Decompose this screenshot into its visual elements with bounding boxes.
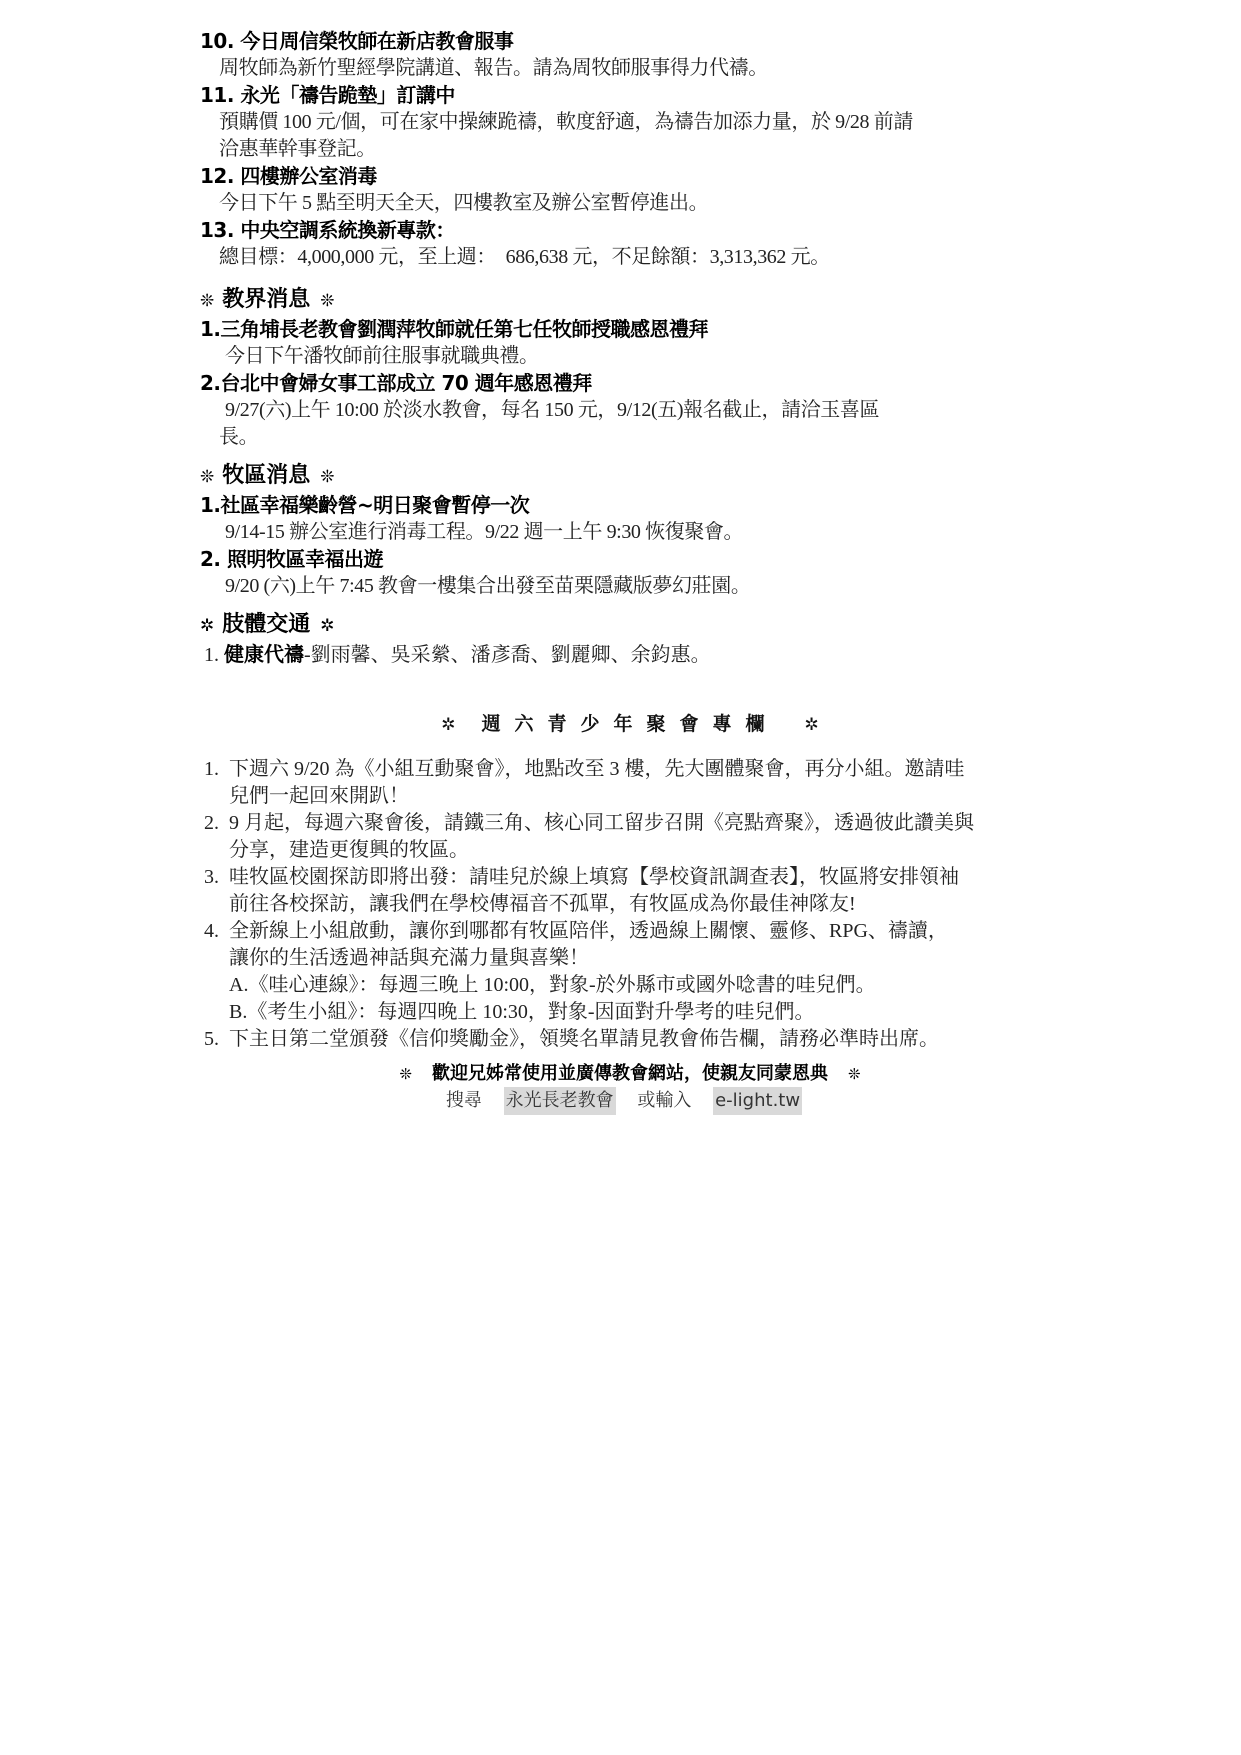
flower-star-icon: ❊ bbox=[848, 1065, 861, 1083]
flower-star-icon: ❊ bbox=[399, 1065, 412, 1083]
flower-star-icon: ❊ bbox=[320, 467, 334, 487]
health-prayer-item: 1. 健康代禱-劉雨馨、吳采縈、潘彥喬、劉麗卿、余鈞惠。 bbox=[200, 641, 1060, 669]
item-line: 下主日第二堂頒發《信仰獎勵金》，領獎名單請見教會佈告欄，請務必準時出席。 bbox=[229, 1026, 1060, 1053]
church-news-item-1: 1.三角埔長老教會劉潤萍牧師就任第七任牧師授職感恩禮拜 今日下午潘牧師前往服事就… bbox=[200, 316, 1060, 370]
sub-item-a: A.《哇心連線》：每週三晚上 10:00，對象-於外縣市或國外唸書的哇兒們。 bbox=[229, 972, 1060, 999]
announcement-11: 11. 永光「禱告跪墊」訂講中 預購價 100 元/個，可在家中操練跪禱，軟度舒… bbox=[200, 82, 1060, 163]
sub-item-b: B.《考生小組》：每週四晚上 10:30，對象-因面對升學考的哇兒們。 bbox=[229, 999, 1060, 1026]
announcement-title: 12. 四樓辦公室消毒 bbox=[200, 163, 1060, 190]
youth-item-3: 3. 哇牧區校園探訪即將出發：請哇兒於線上填寫【學校資訊調查表】，牧區將安排領袖… bbox=[200, 864, 1060, 918]
search-label: 搜尋 bbox=[444, 1087, 484, 1115]
youth-item-4: 4. 全新線上小組啟動，讓你到哪都有牧區陪伴，透過線上關懷、靈修、RPG、禱讀，… bbox=[200, 918, 1060, 1026]
news-title: 1.三角埔長老教會劉潤萍牧師就任第七任牧師授職感恩禮拜 bbox=[200, 316, 1060, 343]
bulletin-page: 10. 今日周信榮牧師在新店教會服事 周牧師為新竹聖經學院講道、報告。請為周牧師… bbox=[200, 28, 1060, 1115]
flower-star-icon: ❊ bbox=[320, 291, 334, 311]
youth-item-2: 2. 9 月起，每週六聚會後，請鐵三角、核心同工留步召開《亮點齊聚》，透過彼此讚… bbox=[200, 810, 1060, 864]
flower-star-icon: ❊ bbox=[200, 291, 214, 311]
item-line: 哇牧區校園探訪即將出發：請哇兒於線上填寫【學校資訊調查表】，牧區將安排領袖 bbox=[229, 864, 1060, 891]
announcement-12: 12. 四樓辦公室消毒 今日下午 5 點至明天全天，四樓教室及辦公室暫停進出。 bbox=[200, 163, 1060, 217]
item-line: 分享，建造更復興的牧區。 bbox=[229, 837, 1060, 864]
item-number: 2. bbox=[200, 810, 229, 864]
youth-item-5: 5. 下主日第二堂頒發《信仰獎勵金》，領獎名單請見教會佈告欄，請務必準時出席。 bbox=[200, 1026, 1060, 1053]
youth-column-heading: ✲週六青少年聚會專欄✲ bbox=[200, 709, 1060, 740]
section-title: 肢體交通 bbox=[222, 612, 310, 637]
item-number: 1. bbox=[200, 756, 229, 810]
website-slogan: ❊歡迎兄姊常使用並廣傳教會網站，使親友同蒙恩典❊ bbox=[200, 1061, 1060, 1087]
announcement-title: 11. 永光「禱告跪墊」訂講中 bbox=[200, 82, 1060, 109]
district-news-item-2: 2. 照明牧區幸福出遊 9/20 (六)上午 7:45 教會一樓集合出發至苗栗隱… bbox=[200, 546, 1060, 600]
announcement-title: 13. 中央空調系統換新專款： bbox=[200, 217, 1060, 244]
youth-item-1: 1. 下週六 9/20 為《小組互動聚會》，地點改至 3 樓，先大團體聚會，再分… bbox=[200, 756, 1060, 810]
item-line: 讓你的生活透過神話與充滿力量與喜樂！ bbox=[229, 945, 1060, 972]
news-body: 長。 bbox=[200, 424, 1060, 451]
item-number: 4. bbox=[200, 918, 229, 1026]
announcement-body: 今日下午 5 點至明天全天，四樓教室及辦公室暫停進出。 bbox=[200, 190, 1060, 217]
district-news-item-1: 1.社區幸福樂齡營~明日聚會暫停一次 9/14-15 辦公室進行消毒工程。9/2… bbox=[200, 492, 1060, 546]
flower-star-icon: ❊ bbox=[200, 467, 214, 487]
announcement-body: 預購價 100 元/個，可在家中操練跪禱，軟度舒適，為禱告加添力量，於 9/28… bbox=[200, 109, 1060, 136]
item-line: 兒們一起回來開趴！ bbox=[229, 783, 1060, 810]
youth-list: 1. 下週六 9/20 為《小組互動聚會》，地點改至 3 樓，先大團體聚會，再分… bbox=[200, 756, 1060, 1053]
announcement-body: 周牧師為新竹聖經學院講道、報告。請為周牧師服事得力代禱。 bbox=[200, 55, 1060, 82]
website-url-link[interactable]: e-light.tw bbox=[713, 1087, 802, 1115]
announcement-body: 洽惠華幹事登記。 bbox=[200, 136, 1060, 163]
or-label: 或輸入 bbox=[635, 1087, 693, 1115]
item-line: 全新線上小組啟動，讓你到哪都有牧區陪伴，透過線上關懷、靈修、RPG、禱讀， bbox=[229, 918, 1060, 945]
item-line: 下週六 9/20 為《小組互動聚會》，地點改至 3 樓，先大團體聚會，再分小組。… bbox=[229, 756, 1060, 783]
section-heading-church-news: ❊教界消息❊ bbox=[200, 285, 1060, 316]
youth-column-title: 週六青少年聚會專欄 bbox=[481, 713, 778, 735]
asterisk-star-icon: ✲ bbox=[805, 715, 819, 735]
asterisk-star-icon: ✲ bbox=[441, 715, 455, 735]
news-body: 9/27(六)上午 10:00 於淡水教會，每名 150 元，9/12(五)報名… bbox=[200, 397, 1060, 424]
news-body: 今日下午潘牧師前往服事就職典禮。 bbox=[200, 343, 1060, 370]
announcement-title: 10. 今日周信榮牧師在新店教會服事 bbox=[200, 28, 1060, 55]
item-number: 3. bbox=[200, 864, 229, 918]
news-body: 9/14-15 辦公室進行消毒工程。9/22 週一上午 9:30 恢復聚會。 bbox=[200, 519, 1060, 546]
slogan-text: 歡迎兄姊常使用並廣傳教會網站，使親友同蒙恩典 bbox=[432, 1063, 828, 1084]
announcement-10: 10. 今日周信榮牧師在新店教會服事 周牧師為新竹聖經學院講道、報告。請為周牧師… bbox=[200, 28, 1060, 82]
health-prayer-label: 健康代禱 bbox=[224, 642, 304, 666]
section-title: 牧區消息 bbox=[222, 463, 310, 488]
health-prayer-names: -劉雨馨、吳采縈、潘彥喬、劉麗卿、余鈞惠。 bbox=[304, 644, 711, 666]
item-line: 前往各校探訪，讓我們在學校傳福音不孤單，有牧區成為你最佳神隊友! bbox=[229, 891, 1060, 918]
announcement-body: 總目標：4,000,000 元，至上週： 686,638 元，不足餘額：3,31… bbox=[200, 244, 1060, 271]
website-search-hint: 搜尋 永光長老教會 或輸入 e-light.tw bbox=[200, 1087, 1060, 1115]
section-heading-fellowship: ✲肢體交通✲ bbox=[200, 610, 1060, 641]
announcement-13: 13. 中央空調系統換新專款： 總目標：4,000,000 元，至上週： 686… bbox=[200, 217, 1060, 271]
section-title: 教界消息 bbox=[222, 287, 310, 312]
section-heading-district-news: ❊牧區消息❊ bbox=[200, 461, 1060, 492]
news-title: 2. 照明牧區幸福出遊 bbox=[200, 546, 1060, 573]
news-body: 9/20 (六)上午 7:45 教會一樓集合出發至苗栗隱藏版夢幻莊園。 bbox=[200, 573, 1060, 600]
asterisk-star-icon: ✲ bbox=[200, 616, 214, 636]
item-number: 5. bbox=[200, 1026, 229, 1053]
news-title: 1.社區幸福樂齡營~明日聚會暫停一次 bbox=[200, 492, 1060, 519]
asterisk-star-icon: ✲ bbox=[320, 616, 334, 636]
news-title: 2.台北中會婦女事工部成立 70 週年感恩禮拜 bbox=[200, 370, 1060, 397]
item-number: 1. bbox=[204, 644, 219, 666]
search-term[interactable]: 永光長老教會 bbox=[504, 1087, 616, 1115]
item-line: 9 月起，每週六聚會後，請鐵三角、核心同工留步召開《亮點齊聚》，透過彼此讚美與 bbox=[229, 810, 1060, 837]
church-news-item-2: 2.台北中會婦女事工部成立 70 週年感恩禮拜 9/27(六)上午 10:00 … bbox=[200, 370, 1060, 451]
